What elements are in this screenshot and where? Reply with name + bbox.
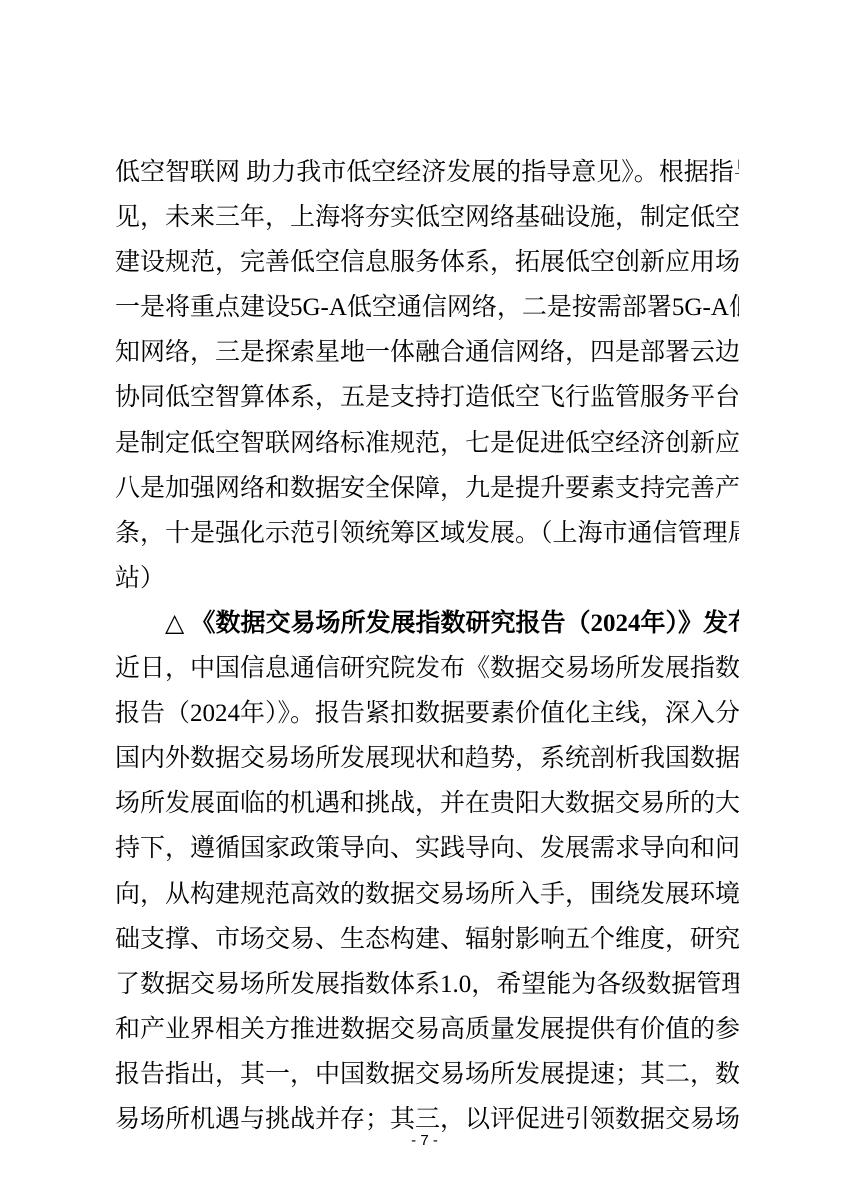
shanghai-low-altitude-paragraph: 低空智联网 助力我市低空经济发展的指导意见》。根据指导意 见，未来三年，上海将夯…	[115, 150, 739, 601]
text-line: 是制定低空智联网络标准规范，七是促进低空经济创新应用，	[115, 421, 739, 466]
text-line: 建设规范，完善低空信息服务体系，拓展低空创新应用场景。	[115, 240, 739, 285]
text-line: 向，从构建规范高效的数据交易场所入手，围绕发展环境、基	[115, 872, 739, 917]
text-line: 了数据交易场所发展指数体系1.0，希望能为各级数据管理机构	[115, 962, 739, 1007]
text-line: 一是将重点建设5G-A低空通信网络，二是按需部署5G-A低空感	[115, 285, 739, 330]
data-exchange-report-paragraph: △ 《数据交易场所发展指数研究报告（2024年）》发布。 近日，中国信息通信研究…	[115, 601, 739, 1142]
text-line: 八是加强网络和数据安全保障，九是提升要素支持完善产业链	[115, 466, 739, 511]
page-number: - 7 -	[0, 1132, 849, 1149]
text-line: 础支撑、市场交易、生态构建、辐射影响五个维度，研究建立	[115, 917, 739, 962]
text-line: 场所发展面临的机遇和挑战，并在贵阳大数据交易所的大力支	[115, 781, 739, 826]
text-line: 持下，遵循国家政策导向、实践导向、发展需求导向和问题导	[115, 826, 739, 871]
document-page: 低空智联网 助力我市低空经济发展的指导意见》。根据指导意 见，未来三年，上海将夯…	[0, 0, 849, 1200]
text-line: 报告（2024年）》。报告紧扣数据要素价值化主线，深入分析	[115, 691, 739, 736]
text-line: 报告指出，其一，中国数据交易场所发展提速；其二，数据交	[115, 1052, 739, 1097]
text-line: 见，未来三年，上海将夯实低空网络基础设施，制定低空网络	[115, 195, 739, 240]
body-text: 低空智联网 助力我市低空经济发展的指导意见》。根据指导意 见，未来三年，上海将夯…	[115, 150, 739, 1142]
text-line: 协同低空智算体系，五是支持打造低空飞行监管服务平台，六	[115, 375, 739, 420]
text-line: 条，十是强化示范引领统筹区域发展。（上海市通信管理局网	[115, 511, 739, 556]
text-line: 近日，中国信息通信研究院发布《数据交易场所发展指数研究	[115, 646, 739, 691]
text-line: 低空智联网 助力我市低空经济发展的指导意见》。根据指导意	[115, 150, 739, 195]
text-line: 和产业界相关方推进数据交易高质量发展提供有价值的参考。	[115, 1007, 739, 1052]
text-line: 国内外数据交易场所发展现状和趋势，系统剖析我国数据交易	[115, 736, 739, 781]
section-heading: △ 《数据交易场所发展指数研究报告（2024年）》发布。	[115, 601, 739, 646]
text-line: 站）	[115, 556, 739, 601]
text-line: 知网络，三是探索星地一体融合通信网络，四是部署云边网端	[115, 330, 739, 375]
